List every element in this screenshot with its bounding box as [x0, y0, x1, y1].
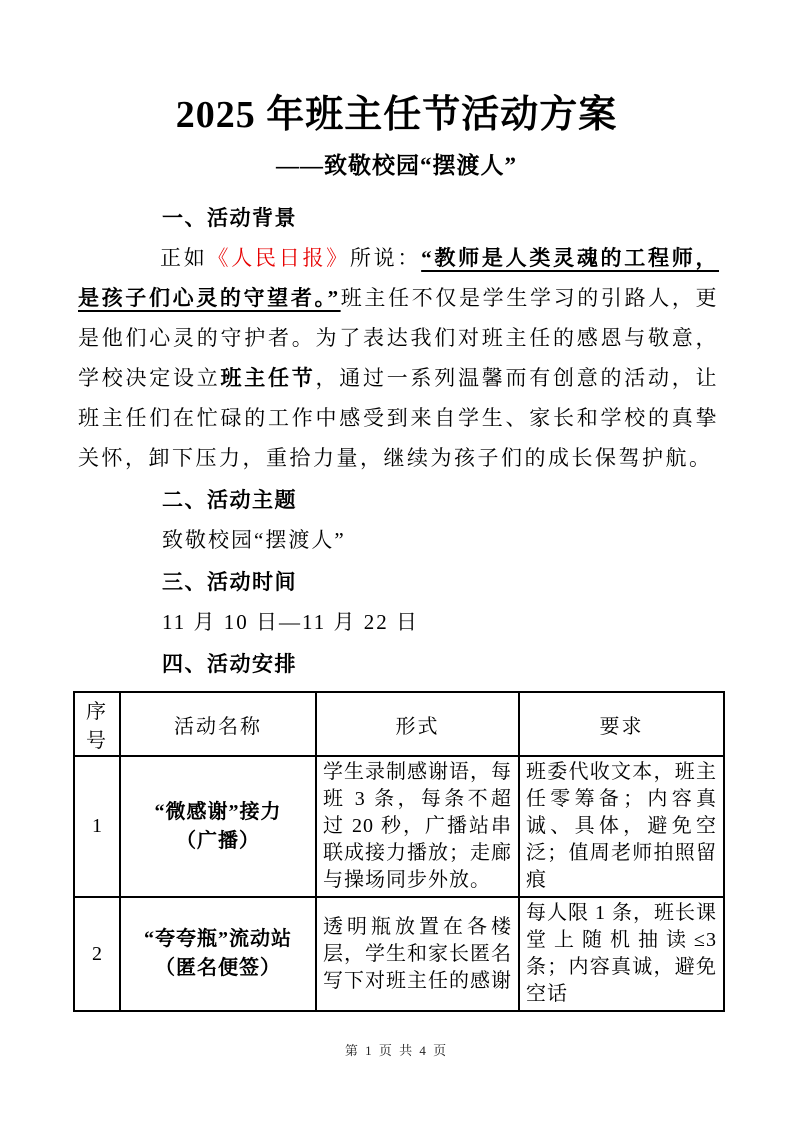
page-number-footer: 第 1 页 共 4 页 [0, 1040, 793, 1059]
bold-term: 班主任节 [221, 366, 316, 390]
table-row: 2 “夸夸瓶”流动站 （匿名便签） 透明瓶放置在各楼层，学生和家长匿名写下对班主… [74, 897, 724, 1011]
activity-table: 序号 活动名称 形式 要求 1 “微感谢”接力 （广播） 学生录制感谢语，每班 … [73, 691, 725, 1012]
row1-form: 学生录制感谢语，每班 3 条，每条不超过 20 秒，广播站串联成接力播放；走廊与… [316, 756, 519, 897]
header-serial: 序号 [74, 692, 120, 756]
para-lead: 正如 [160, 246, 207, 270]
theme-content: 致敬校园“摆渡人” [78, 520, 719, 560]
header-activity-name: 活动名称 [120, 692, 316, 756]
row1-serial: 1 [74, 756, 120, 897]
row1-requirement: 班委代收文本，班主任零筹备；内容真诚、具体，避免空泛；值周老师拍照留痕 [519, 756, 724, 897]
para-after-ref: 所说： [350, 246, 421, 270]
row2-serial: 2 [74, 897, 120, 1011]
row2-requirement: 每人限 1 条，班长课堂上随机抽读≤3 条；内容真诚，避免空话 [519, 897, 724, 1011]
section-heading-background: 一、活动背景 [78, 198, 719, 238]
header-requirement: 要求 [519, 692, 724, 756]
red-reference: 《人民日报》 [207, 246, 349, 270]
background-paragraph: 正如《人民日报》所说：“教师是人类灵魂的工程师，是孩子们心灵的守望者。”班主任不… [78, 238, 719, 478]
document-page: 2025 年班主任节活动方案 ——致敬校园“摆渡人” 一、活动背景 正如《人民日… [0, 0, 793, 1122]
section-heading-arrangement: 四、活动安排 [78, 644, 719, 684]
row2-form: 透明瓶放置在各楼层，学生和家长匿名写下对班主任的感谢 [316, 897, 519, 1011]
row1-activity-name: “微感谢”接力 （广播） [120, 756, 316, 897]
table-header-row: 序号 活动名称 形式 要求 [74, 692, 724, 756]
time-content: 11 月 10 日—11 月 22 日 [78, 602, 719, 642]
page-title: 2025 年班主任节活动方案 [0, 90, 793, 140]
header-form: 形式 [316, 692, 519, 756]
page-subtitle: ——致敬校园“摆渡人” [0, 150, 793, 182]
table-row: 1 “微感谢”接力 （广播） 学生录制感谢语，每班 3 条，每条不超过 20 秒… [74, 756, 724, 897]
section-heading-theme: 二、活动主题 [78, 480, 719, 520]
row2-activity-name: “夸夸瓶”流动站 （匿名便签） [120, 897, 316, 1011]
document-body: 一、活动背景 正如《人民日报》所说：“教师是人类灵魂的工程师，是孩子们心灵的守望… [0, 198, 793, 1012]
section-heading-time: 三、活动时间 [78, 562, 719, 602]
